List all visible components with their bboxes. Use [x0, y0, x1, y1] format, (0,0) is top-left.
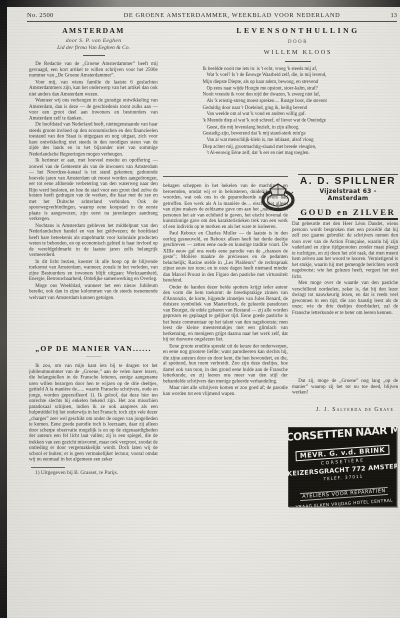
article-paragraph: Maar niet alle schrijvers komen er zoo g… [163, 385, 288, 397]
article-paragraph: Nochtans is Amsterdam gebleven het midde… [29, 223, 158, 258]
article-paragraph: Moge ons Weekblad, wanneer het een nieuw… [29, 283, 158, 301]
middle-column: behagen scheppen in het hekelen van de m… [163, 183, 288, 487]
article-paragraph: Men moge over de waarde van den pastiche… [292, 280, 398, 315]
author-byline: door S. P. van Eeghen [29, 38, 158, 44]
heading-ornament: ——— [29, 355, 158, 360]
article-paragraph: Wanneer wij ons verheugen in de gunstige… [29, 98, 158, 121]
article-paragraph: In dit licht bezien, koester ik alle hoo… [29, 259, 158, 282]
masthead: No. 2500 DE GROENE AMSTERDAMMER, WEEKBLA… [27, 9, 397, 22]
ring-icon [258, 181, 298, 213]
poem-title: LEVENSONTHULLING [198, 26, 398, 35]
scan-edge-top [0, 0, 400, 7]
amsterdam-article: AMSTERDAM door S. P. van Eeghen Lid der … [29, 26, 158, 494]
poem-line: 't Al-eeuwig Eéne zelf, dat 'k eer en ni… [203, 150, 398, 156]
right-column-body: Dat gebeurde met den Heer Léon Daudet, w… [292, 221, 398, 373]
spillner-products: GOUD en ZILVER [298, 207, 397, 220]
column-divider-rule [163, 176, 288, 177]
article-paragraph: Ik herinner er aan, met hoeveel moeite e… [29, 158, 158, 222]
article-paragraph: De Redactie van de „Groene Amsterdammer”… [29, 61, 158, 79]
amsterdam-article-title: AMSTERDAM [29, 26, 158, 35]
article-paragraph: Ik zou, om van mijn kant iets bij te dra… [29, 363, 158, 462]
newspaper-page: No. 2500 DE GROENE AMSTERDAMMER, WEEKBLA… [0, 0, 400, 618]
article-paragraph: Paul Reboux en Charles Muller — de laats… [163, 231, 288, 284]
poem-section: LEVENSONTHULLING DOOR WILLEM KLOOS Ik be… [198, 26, 398, 166]
masthead-title: DE GROENE AMSTERDAMMER, WEEKBLAD VOOR NE… [107, 12, 357, 19]
spillner-address: Vijzelstraat 63 - Amsterdam [298, 188, 398, 202]
article-paragraph: Dat gebeurde met den Heer Léon Daudet, w… [292, 221, 398, 280]
spillner-name: A. D. SPILLNER [298, 176, 398, 187]
closing-paragraph-wrap: Dat zij, moge de „Groene” nog lang „op d… [292, 378, 398, 401]
manier-article-body: Ik zou, om van mijn kant iets bij te dra… [29, 363, 158, 463]
manier-article-title: „OP DE MANIER VAN...... [29, 344, 158, 353]
page-number: 13 [357, 12, 397, 19]
poem-body: Ik beeldde nooit me iets in: is 't echt,… [198, 66, 398, 166]
poem-author: WILLEM KLOOS [198, 49, 398, 56]
spillner-ad: A. D. SPILLNER Vijzelstraat 63 - Amsterd… [258, 178, 398, 215]
corsetten-ad: CORSETTEN NAAR MAAT MEVR. G. v.d. BRINK … [288, 427, 397, 507]
footnote: 1) Uitgegeven bij B. Grasset, te Parijs. [29, 470, 158, 476]
poem-door-label: DOOR [198, 40, 398, 45]
author-signature: J. J. Salverda de Grave [292, 407, 398, 413]
spillner-ad-text: A. D. SPILLNER Vijzelstraat 63 - Amsterd… [298, 174, 398, 220]
scan-edge-left [0, 0, 7, 618]
amsterdam-article-body: De Redactie van de „Groene Amsterdammer”… [29, 61, 158, 334]
right-column: Dat gebeurde met den Heer Léon Daudet, w… [292, 221, 398, 421]
byline-divider [83, 55, 105, 56]
article-paragraph: Eene groote eruditie spreekt uit de keuz… [163, 343, 288, 384]
corsetten-ad-text: CORSETTEN NAAR MAAT MEVR. G. v.d. BRINK … [288, 427, 397, 507]
footnote-rule [31, 467, 65, 468]
affiliation-byline: Lid der firma Van Eeghen & Co. [29, 45, 158, 51]
article-paragraph: De hoofdstad van Nederland heeft, niette… [29, 122, 158, 157]
article-paragraph: Voor mij, van wiens familie de laatste 6… [29, 79, 158, 97]
article-paragraph: Onder de handen dezer beide spotters kri… [163, 284, 288, 343]
closing-paragraph: Dat zij, moge de „Groene” nog lang „op d… [292, 378, 398, 396]
poem-divider [285, 61, 311, 62]
issue-number: No. 2500 [27, 12, 107, 19]
